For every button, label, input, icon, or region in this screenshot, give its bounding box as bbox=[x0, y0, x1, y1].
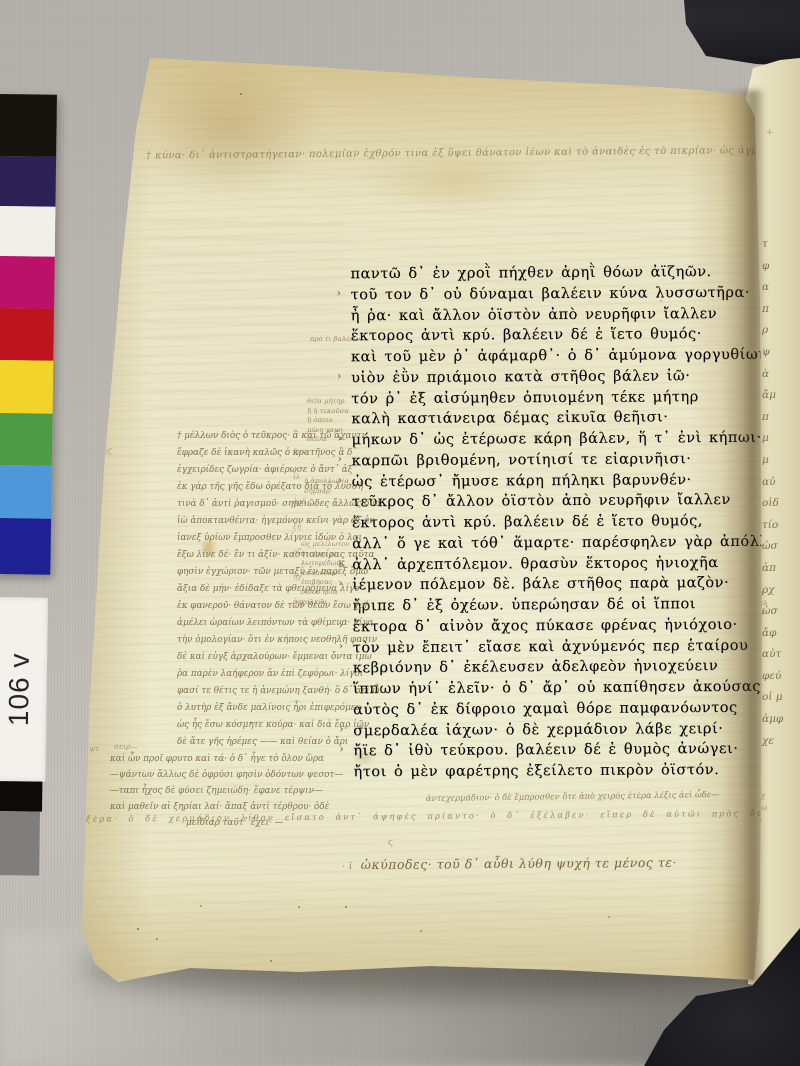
verse-line: ἤριπε δ᾽ ἐξ ὀχέων. ὑπερώησαν δέ οἱ ἵπποι bbox=[352, 593, 772, 616]
verse-line: › σμερδαλέα ἰάχων· ὁ δὲ χερμάδιον λάβε χ… bbox=[353, 717, 773, 740]
verse-line: › τοῦ τον δ᾽ οὐ δύναμαι βαλέειν κύνα λυσ… bbox=[351, 281, 771, 304]
edge-letter: τ bbox=[762, 234, 783, 256]
intercolumn-note-1: πρὸ τι βαλέειν bbox=[310, 335, 360, 345]
edge-letter: π bbox=[762, 299, 783, 321]
verse-text: παντῶ δ᾽ ἐν χροῒ πήχθεν ἀρηῒ θόων ἀϊζηῶν… bbox=[350, 264, 711, 282]
verse-line: αὐτὸς δ᾽ ἐκ δίφροιο χαμαὶ θόρε παμφανόων… bbox=[353, 696, 773, 719]
verse-line: ἦ ῥα· καὶ ἄλλον ὀϊστὸν ἀπὸ νευρῆφιν ἴαλλ… bbox=[351, 302, 771, 325]
verse-text: τὸν μὲν ἔπειτ᾽ εἴασε καὶ ἀχνύμενός περ ἑ… bbox=[353, 637, 749, 655]
facing-page-line-beginnings: τφαπρψὰἄμπμμαὐοἰδτίοὡσἀπρχὡσἄφαὐτφεύοἱ μ… bbox=[762, 234, 783, 752]
verse-line: ἤτοι ὁ μὲν φαρέτρης ἐξείλετο πικρὸν ὀϊστ… bbox=[353, 759, 773, 782]
verse-text: ἕκτορος ἀντὶ κρύ. βαλέειν δέ ἑ ἵετο θυμό… bbox=[351, 326, 702, 344]
verse-text: καὶ τοῦ μὲν ῥ᾽ ἀφάμαρθ᾽· ὁ δ᾽ ἀμύμονα γο… bbox=[351, 347, 778, 366]
scholion-line: τὴν ὁμολογίαν· ὅτι ἐν κήποις νεοθηλῆ φασ… bbox=[177, 632, 367, 649]
margin-word-2: ἀψτ bbox=[84, 744, 99, 753]
edge-letter: α bbox=[762, 277, 783, 299]
verse-text: κεβριόνην δ᾽ ἐκέλευσεν ἀδελφεὸν ἡνιοχεύε… bbox=[353, 658, 718, 676]
verse-text: τεῦκρος δ᾽ ἄλλον ὀϊστὸν ἀπὸ νευρῆφιν ἴαλ… bbox=[352, 492, 731, 510]
color-patch bbox=[0, 256, 55, 309]
scholion-line: —ταπι ἦχος δὲ φύσει ζημειώδη· ἔφανε τέρψ… bbox=[110, 783, 410, 799]
color-patch-black-lower bbox=[0, 781, 42, 812]
color-patch bbox=[0, 308, 54, 361]
edge-letter: μ bbox=[762, 450, 783, 472]
scholion-line: ὁ λυτὴρ ἐξ ἄνδε μαλίνοις ἦρι ἐπιφερόμεν bbox=[177, 700, 367, 717]
verse-text: μήκων δ᾽ ὡς ἑτέρωσε κάρη βάλεν, ἥ τ᾽ ἐνὶ… bbox=[351, 430, 761, 449]
color-calibration-strip: 106 v bbox=[0, 94, 57, 575]
verse-text: ἀλλ᾽ ἀρχεπτόλεμον. θρασὺν ἕκτορος ἡνιοχῆ… bbox=[352, 555, 718, 573]
color-patch-gray-lower bbox=[0, 811, 40, 876]
ink-showthrough bbox=[150, 212, 345, 422]
edge-letter: ὡσ bbox=[762, 536, 783, 558]
added-verse-text: ὠκύποδες· τοῦ δ᾽ αὖθι λύθη ψυχή τε μένος… bbox=[361, 855, 677, 872]
gutter-shadow bbox=[722, 90, 764, 984]
iliad-verse-block: παντῶ δ᾽ ἐν χροῒ πήχθεν ἀρηῒ θόων ἀϊζηῶν… bbox=[350, 261, 773, 782]
verse-text: ἦ ῥα· καὶ ἄλλον ὀϊστὸν ἀπὸ νευρῆφιν ἴαλλ… bbox=[351, 306, 717, 324]
added-verse-line: · ἰὠκύποδες· τοῦ δ᾽ αὖθι λύθη ψυχή τε μέ… bbox=[342, 855, 677, 872]
scholion-line: —ψάντων ἄλλως δὲ ὀφρύσι φησὶν ὁδόντων ψε… bbox=[110, 767, 410, 783]
margin-word-1: μεϛ bbox=[97, 446, 113, 457]
paragraph-sign: ϛ bbox=[388, 838, 393, 848]
color-patch bbox=[0, 206, 55, 257]
color-patch bbox=[0, 94, 57, 157]
edge-letter: αὐ bbox=[762, 472, 783, 494]
verse-line: ἀλλ᾽ ὅ γε καὶ τόθ᾽ ἅμαρτε· παρέσφηλεν γὰ… bbox=[352, 530, 772, 553]
parchment-specks bbox=[0, 0, 2, 2]
edge-letter: ὰ bbox=[762, 364, 783, 386]
intercolumn-note-3: ἡ ἀπολλωνίασήμπαρ· bbox=[304, 477, 349, 496]
scholion-line: ἔφραζε δὲ ἱκανὴ καλῶς ὁ κρατῆνος ἃ δ᾽ bbox=[177, 445, 367, 462]
verse-line: καλὴ καστιάνειρα δέμας εἰκυῖα θεῆισι· bbox=[351, 406, 771, 429]
verse-line: › τὸν μὲν ἔπειτ᾽ εἴασε καὶ ἀχνύμενός περ… bbox=[353, 634, 773, 657]
verse-line: τόν ῥ᾽ ἐξ αἰσύμηθεν ὀπυιομένη τέκε μήτηρ bbox=[351, 385, 771, 408]
edge-letter: ἄμ bbox=[762, 385, 783, 407]
color-patch bbox=[0, 465, 52, 519]
edge-letter: αὐτ bbox=[762, 644, 783, 666]
manuscript-photo: + τφαπρψὰἄμπμμαὐοἰδτίοὡσἀπρχὡσἄφαὐτφεύοἱ… bbox=[0, 0, 800, 1066]
edge-letter: ἀπ bbox=[762, 558, 783, 580]
stain-top-left-corner bbox=[140, 56, 320, 196]
edge-letter: ἄφ bbox=[762, 623, 783, 645]
verse-text: καλὴ καστιάνειρα δέμας εἰκυῖα θεῆισι· bbox=[351, 410, 668, 428]
verse-text: καρπῶι βριθομένη, νοτίηισί τε εἰαρινῆισι… bbox=[352, 451, 692, 469]
scholion-line: ὡς ἧς ἔσω κόσμητε κούρα· καὶ διὰ ἔαρ ἱῶν bbox=[177, 717, 367, 734]
edge-letter: οἰδ bbox=[762, 493, 783, 515]
verse-line: ἕκτορος ἀντὶ κρύ. βαλέειν δέ ἑ ἵετο θυμό… bbox=[352, 510, 772, 533]
verse-line: › ἱέμενον πόλεμον δὲ. βάλε στῆθος παρὰ μ… bbox=[352, 572, 772, 595]
scholion-line: τινὰ δ᾽ ἀντὶ ῥαγισμοῦ· σημειῶδες ἄλλως δ… bbox=[177, 496, 367, 513]
verse-text: ἕκτορα δ᾽ αἰνὸν ἄχος πύκασε φρένας ἡνιόχ… bbox=[353, 617, 738, 635]
verse-text: ἕκτορος ἀντὶ κρύ. βαλέειν δέ ἑ ἵετο θυμό… bbox=[352, 513, 703, 531]
verse-line: ἵππων ἡνί᾽ ἑλεῖν· ὁ δ᾽ ἄρ᾽ οὐ καπίθησεν … bbox=[353, 676, 773, 699]
color-patch bbox=[0, 413, 53, 466]
verse-text: σμερδαλέα ἰάχων· ὁ δὲ χερμάδιον λάβε χει… bbox=[353, 721, 723, 739]
color-patch bbox=[0, 518, 51, 575]
verse-line: › υἱὸν ἐῢν πριάμοιο κατὰ στῆθος βάλεν ἰῶ… bbox=[351, 364, 771, 387]
verse-text: αὐτὸς δ᾽ ἐκ δίφροιο χαμαὶ θόρε παμφανόων… bbox=[353, 700, 738, 718]
edge-letter: μ bbox=[762, 428, 783, 450]
scholion-line: ἀμέλει ὡραίων λειπόντων τὰ φθίμενα· λίγα bbox=[177, 615, 367, 632]
color-patch bbox=[0, 360, 53, 414]
verse-line: › μήκων δ᾽ ὡς ἑτέρωσε κάρη βάλεν, ἥ τ᾽ ἐ… bbox=[351, 427, 771, 450]
folio-number: 106 v bbox=[3, 652, 36, 726]
scholion-line: καὶ ὧν προῖ φρυτο καὶ τά· ὁ δ᾽ ἦγε τὸ ὅλ… bbox=[110, 751, 410, 767]
verse-line: κεβριόνην δ᾽ ἐκέλευσεν ἀδελφεὸν ἡνιοχεύε… bbox=[353, 655, 773, 678]
parchment-page: † κύνα· δι᾽ ἀντιστρατήγειαν· πολεμίαν ἐχ… bbox=[0, 0, 800, 1066]
scholion-line: δὲ ἅτε γῆς ἠρέμες —— καὶ θείαν ὁ ἄρι bbox=[177, 734, 367, 751]
verse-text: ἤριπε δ᾽ ἐξ ὀχέων. ὑπερώησαν δέ οἱ ἵπποι bbox=[352, 596, 696, 614]
verse-line: › ἕκτορα δ᾽ αἰνὸν ἄχος πύκασε φρένας ἡνι… bbox=[353, 613, 773, 636]
verse-line: ἕκτορος ἀντὶ κρύ. βαλέειν δέ ἑ ἵετο θυμό… bbox=[351, 323, 771, 346]
color-patch bbox=[0, 156, 56, 207]
pricking-holes bbox=[80, 604, 82, 606]
scholion-line: φασί τε θέτις τε ἡ ἀνεμώνη ξανθή· ὃ δ᾽ ἀ… bbox=[177, 683, 367, 700]
verse-text: τοῦ τον δ᾽ οὐ δύναμαι βαλέειν κύνα λυσσω… bbox=[351, 285, 750, 303]
edge-letter: οἱ μ bbox=[762, 687, 783, 709]
verse-line: › ἤϊε δ᾽ ἰθὺ τεύκρου. βαλέειν δέ ἑ θυμὸς… bbox=[353, 738, 773, 761]
verse-text: ἱέμενον πόλεμον δὲ. βάλε στῆθος παρὰ μαζ… bbox=[352, 575, 729, 593]
diple-mark: › bbox=[337, 286, 341, 299]
verse-line: › καρπῶι βριθομένη, νοτίηισί τε εἰαρινῆι… bbox=[352, 447, 772, 470]
verse-text: ἤϊε δ᾽ ἰθὺ τεύκρου. βαλέειν δέ ἑ θυμὸς ἀ… bbox=[353, 741, 738, 759]
edge-letter: ψ bbox=[762, 342, 783, 364]
edge-letter: ἀμφ bbox=[762, 709, 783, 731]
verse-line: › ὡς ἑτέρωσ᾽ ἤμυσε κάρη πήληκι βαρυνθέν· bbox=[352, 468, 772, 491]
verse-line: καὶ τοῦ μὲν ῥ᾽ ἀφάμαρθ᾽· ὁ δ᾽ ἀμύμονα γο… bbox=[351, 344, 771, 367]
scholion-line: ῥα παρὲν λαήφερον ἃν ἐπὶ ζεφύρωι· λίγοι bbox=[177, 666, 367, 683]
verse-text: ἵππων ἡνί᾽ ἑλεῖν· ὁ δ᾽ ἄρ᾽ οὐ καπίθησεν … bbox=[353, 679, 766, 698]
margin-word-3: σειρ— bbox=[114, 742, 138, 751]
edge-letter: χε bbox=[762, 731, 783, 753]
edge-letter: π bbox=[762, 407, 783, 429]
intercolumn-note-2: θεῖα μήτηρἢ ἡ τεκοῦσαἢ ὀπυιομένη γαμηθεῖ… bbox=[307, 397, 349, 445]
verse-line: παντῶ δ᾽ ἐν χροῒ πήχθεν ἀρηῒ θόων ἀϊζηῶν… bbox=[350, 261, 770, 284]
edge-letter: φεύ bbox=[762, 666, 783, 688]
verse-text: τόν ῥ᾽ ἐξ αἰσύμηθεν ὀπυιομένη τέκε μήτηρ bbox=[351, 389, 699, 407]
shade-left-edge bbox=[70, 60, 150, 980]
diple-mark: › bbox=[337, 369, 341, 382]
edge-letter: ρ bbox=[762, 320, 783, 342]
cross-mark: + bbox=[766, 128, 774, 138]
edge-letter: τίο bbox=[762, 515, 783, 537]
color-patch-column bbox=[0, 94, 57, 575]
scholion-line: ἰὼ ἀποκτανθέντα· ἡγεμόνον κεῖνι γὰρ ἀξ ἐ… bbox=[177, 513, 367, 530]
verse-text: ὡς ἑτέρωσ᾽ ἤμυσε κάρη πήληκι βαρυνθέν· bbox=[352, 472, 692, 490]
folio-label: 106 v bbox=[0, 597, 48, 782]
dark-cloth-top-right bbox=[0, 0, 800, 80]
verse-line: τεῦκρος δ᾽ ἄλλον ὀϊστὸν ἀπὸ νευρῆφιν ἴαλ… bbox=[352, 489, 772, 512]
scholion-line: δὲ καὶ εὐγξ ἀρχαλούρων· ἔμμεναι ὄντα ἴμω bbox=[177, 649, 367, 666]
edge-letter: φ bbox=[762, 256, 783, 278]
insertion-sign: · ἰ bbox=[342, 862, 353, 872]
intercolumn-left-marks: ὅρ—ἴλἀρδξήρζ—ἤγἀψ bbox=[293, 440, 308, 615]
verse-line: κ ἀλλ᾽ ἀρχεπτόλεμον. θρασὺν ἕκτορος ἡνιο… bbox=[352, 551, 772, 574]
verse-text: υἱὸν ἐῢν πριάμοιο κατὰ στῆθος βάλεν ἰῶ· bbox=[351, 368, 690, 386]
